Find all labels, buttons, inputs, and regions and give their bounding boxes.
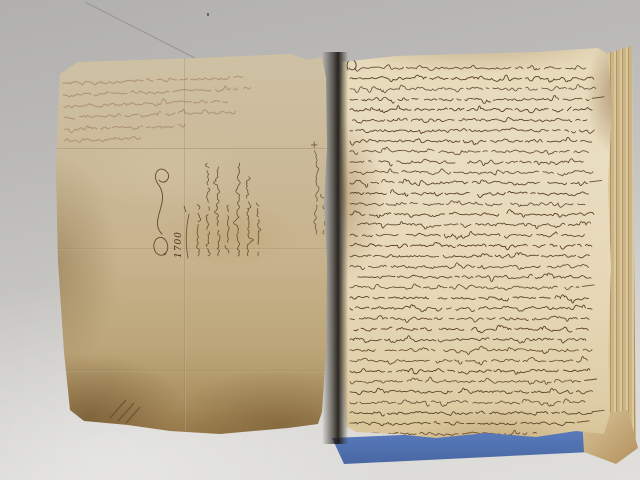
surface-speck — [207, 13, 209, 16]
right-manuscript-page — [336, 46, 620, 448]
pen-hatch-marks — [102, 388, 162, 428]
docket-note-script — [148, 146, 270, 264]
rotated-docket-note: 1700 — [148, 146, 270, 264]
fold-crease — [54, 370, 330, 372]
left-parchment-sheet: 1700 + — [50, 52, 336, 440]
handwritten-text-block — [346, 54, 612, 444]
docket-date: 1700 — [174, 231, 184, 258]
surface-scratch — [86, 2, 204, 63]
manuscript-photograph: 1700 + — [0, 0, 640, 480]
ink-bleedthrough-lines — [57, 66, 275, 153]
